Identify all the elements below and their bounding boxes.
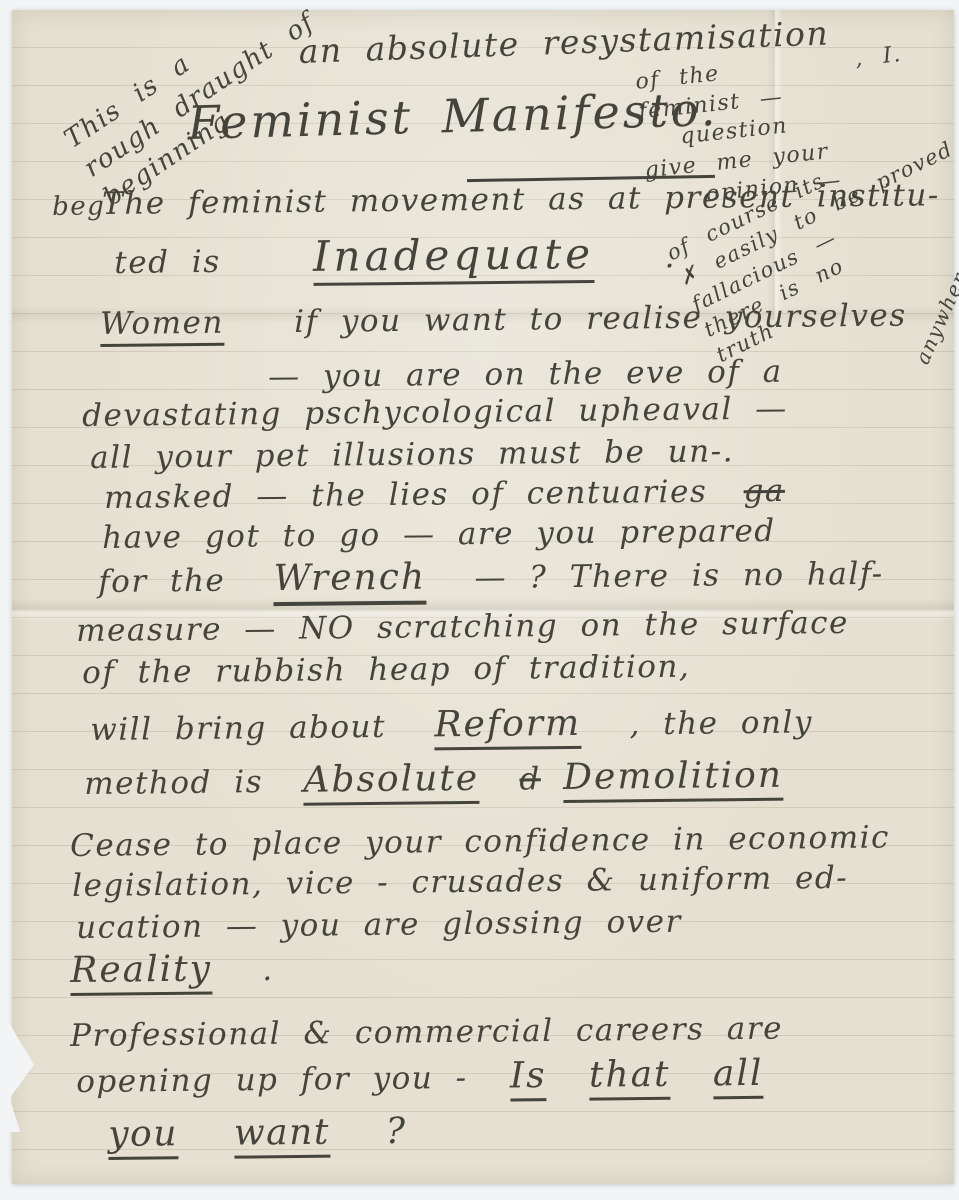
underlined-word-absolute: Absolute xyxy=(303,758,479,806)
underlined-word-is: Is xyxy=(510,1055,547,1101)
underlined-word-reform: Reform xyxy=(434,703,581,751)
manuscript-line: you want ? xyxy=(108,1111,407,1155)
manuscript-line: legislation, vice - crusades & uniform e… xyxy=(72,860,848,904)
underlined-word-reality: Reality xyxy=(70,949,212,996)
manuscript-line: masked — the lies of centuaries ga xyxy=(104,473,785,516)
manuscript-line: Professional & commercial careers are xyxy=(70,1011,783,1054)
manuscript-line: — you are on the eve of a xyxy=(268,354,783,395)
manuscript-line: for the Wrench — ? There is no half- xyxy=(98,552,884,601)
struck-out-letter: d xyxy=(519,761,541,797)
manuscript-line: Cease to place your confidence in econom… xyxy=(70,819,890,864)
manuscript-line: have got to go — are you prepared xyxy=(102,513,776,556)
manuscript-line: ucation — you are glossing over xyxy=(76,904,682,946)
handwritten-text: will bring about xyxy=(90,709,386,748)
manuscript-line: measure — NO scratching on the surface xyxy=(76,605,849,649)
underlined-word-want: want xyxy=(234,1112,330,1159)
handwritten-text: masked — the lies of centuaries xyxy=(104,474,707,516)
manuscript-paper: This is a rough draught of beginning an … xyxy=(12,10,954,1184)
underlined-word-inadequate: Inadequate xyxy=(313,229,595,286)
handwritten-text: — ? There is no half- xyxy=(474,556,884,596)
handwritten-text: . xyxy=(262,952,274,988)
manuscript-line: method is Absolute d Demolition xyxy=(84,755,783,803)
struck-out-word: ga xyxy=(743,473,785,509)
handwritten-text: if you want to realise yourselves xyxy=(294,298,907,340)
manuscript-line: devastating pschycological upheaval — xyxy=(82,391,788,434)
underlined-word-you: you xyxy=(108,1113,178,1160)
handwritten-text: ? xyxy=(386,1111,407,1152)
underlined-word-wrench: Wrench xyxy=(273,557,426,607)
handwritten-text: for the xyxy=(98,563,225,600)
handwritten-text: method is xyxy=(84,764,263,802)
handwritten-text: ted is xyxy=(114,244,221,281)
underlined-word-that: that xyxy=(589,1054,671,1101)
manuscript-line: opening up for you - Is that all xyxy=(76,1053,764,1101)
manuscript-line: will bring about Reform , the only xyxy=(90,700,813,749)
manuscript-line: Reality . xyxy=(70,948,274,991)
underlined-word-women: Women xyxy=(100,305,224,347)
manuscript-line: all your pet illusions must be un-. xyxy=(90,433,734,476)
document-page: This is a rough draught of beginning an … xyxy=(0,0,959,1200)
underlined-word-demolition: Demolition xyxy=(563,755,783,803)
manuscript-line: ted is Inadequate . xyxy=(114,228,676,283)
handwritten-text: , the only xyxy=(629,704,813,742)
handwritten-text: opening up for you - xyxy=(76,1060,468,1100)
manuscript-fragment: beg xyxy=(52,191,105,222)
underlined-word-all: all xyxy=(713,1053,764,1100)
manuscript-line: of the rubbish heap of tradition, xyxy=(82,649,690,691)
